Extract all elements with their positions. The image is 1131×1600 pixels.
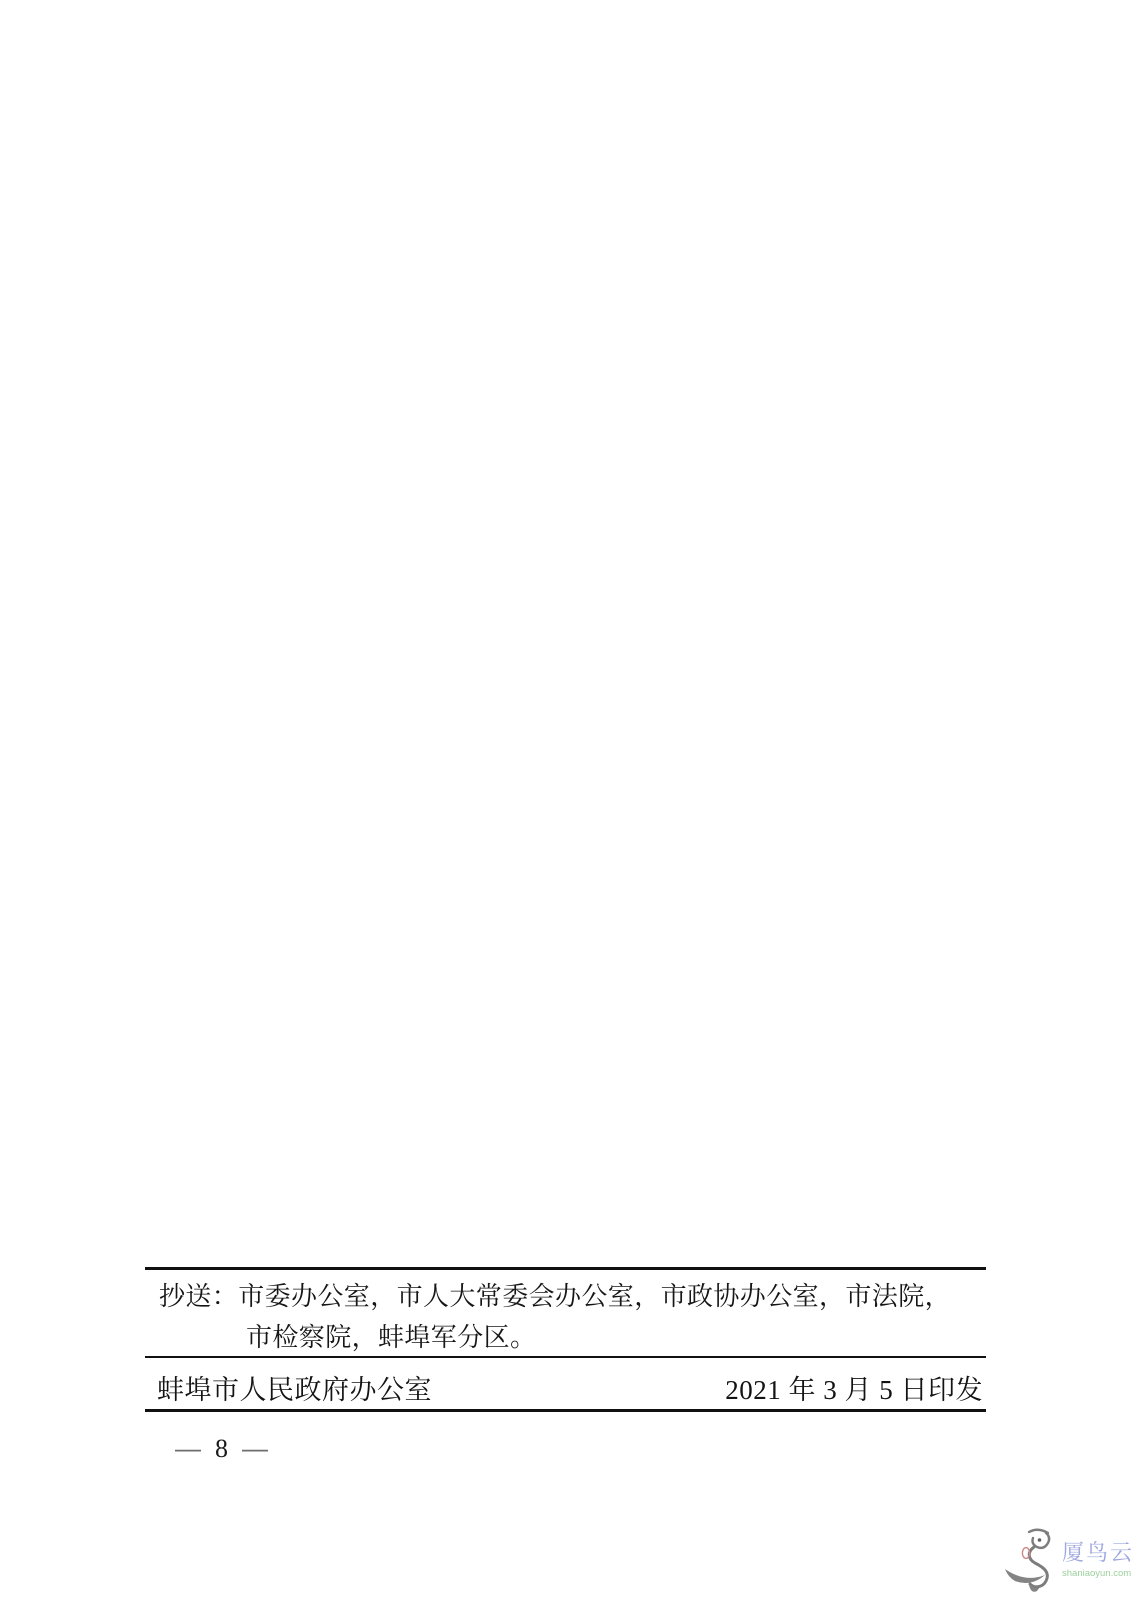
watermark-brand-text: 厦鸟云 <box>1062 1541 1131 1565</box>
watermark-bird-icon <box>1000 1524 1062 1596</box>
footer-top-rule <box>145 1267 986 1270</box>
page-number-dash-left: — <box>175 1433 201 1463</box>
cc-line-2: 市检察院，蚌埠军分区。 <box>246 1322 536 1352</box>
document-page: 抄送：市委办公室，市人大常委会办公室，市政协办公室，市法院， 市检察院，蚌埠军分… <box>0 0 1131 1600</box>
issuer-row: 蚌埠市人民政府办公室 2021 年 3 月 5 日印发 <box>145 1368 986 1407</box>
cc-line-1: 抄送：市委办公室，市人大常委会办公室，市政协办公室，市法院， <box>159 1281 951 1311</box>
page-number-dash-right: — <box>242 1433 268 1463</box>
print-date: 2021 年 3 月 5 日印发 <box>725 1368 983 1407</box>
bird-eye-dot <box>1038 1538 1042 1542</box>
watermark: 厦鸟云 shaniaoyun.com <box>1000 1524 1128 1596</box>
footer-bottom-rule <box>145 1409 986 1412</box>
issuer-name: 蚌埠市人民政府办公室 <box>157 1368 432 1407</box>
page-number: —8— <box>175 1433 268 1464</box>
watermark-text-block: 厦鸟云 shaniaoyun.com <box>1062 1524 1131 1579</box>
page-number-value: 8 <box>215 1434 228 1463</box>
footer-middle-rule <box>145 1356 986 1358</box>
watermark-domain-text: shaniaoyun.com <box>1062 1568 1131 1579</box>
